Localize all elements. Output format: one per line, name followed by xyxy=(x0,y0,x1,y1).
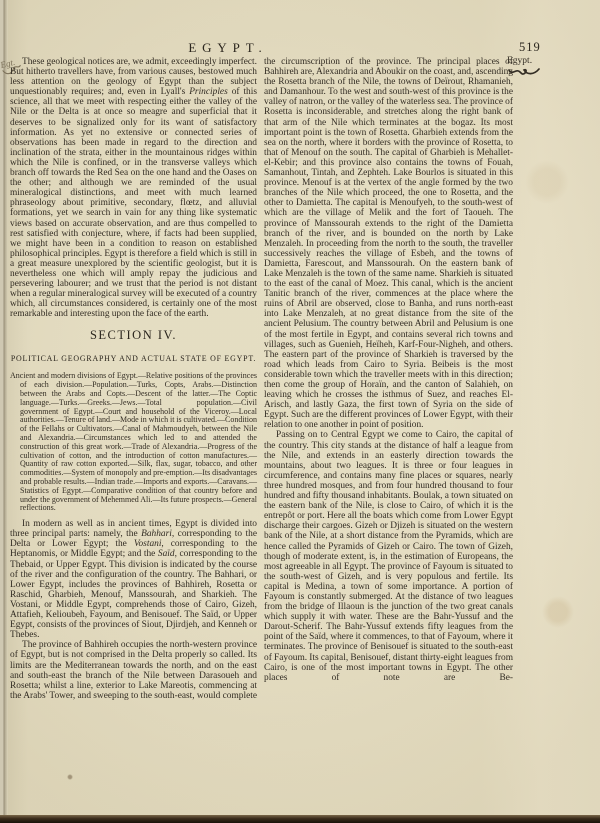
section-subheading: POLITICAL GEOGRAPHY AND ACTUAL STATE OF … xyxy=(10,354,257,363)
italic-text-segment: Saïd xyxy=(158,549,175,559)
page-bottom-edge xyxy=(0,815,600,823)
text-segment: , corresponding to the Thebaid, or Upper… xyxy=(10,549,257,640)
right-column: the circumscription of the province. The… xyxy=(264,57,513,701)
paragraph-lower-egypt-provinces: the circumscription of the province. The… xyxy=(264,57,513,430)
italic-text-segment: Vostani xyxy=(134,539,162,549)
page-gutter-edge xyxy=(0,0,8,823)
section-synopsis: Ancient and modern divisions of Egypt.—R… xyxy=(10,372,257,513)
running-title: EGYPT. xyxy=(188,40,267,56)
text-segment: of this science, all that we meet with r… xyxy=(10,87,257,319)
paragraph-divisions-of-egypt: In modern as well as in ancient times, E… xyxy=(10,519,257,640)
paragraph-province-bahhireh: The province of Bahhireh occupies the no… xyxy=(10,640,257,701)
section-heading: SECTION IV. xyxy=(10,328,257,343)
paragraph-central-egypt: Passing on to Central Egypt we come to C… xyxy=(264,430,513,682)
italic-text-segment: Bahhari xyxy=(141,529,172,539)
left-column: These geological notices are, we admit, … xyxy=(10,57,257,701)
printed-margin-note: Egypt. xyxy=(507,56,547,77)
page-number: 519 xyxy=(519,40,541,55)
paragraph-geological-notices: These geological notices are, we admit, … xyxy=(10,57,257,319)
italic-text-segment: Principles xyxy=(189,87,228,97)
text-columns: These geological notices are, we admit, … xyxy=(10,57,513,701)
